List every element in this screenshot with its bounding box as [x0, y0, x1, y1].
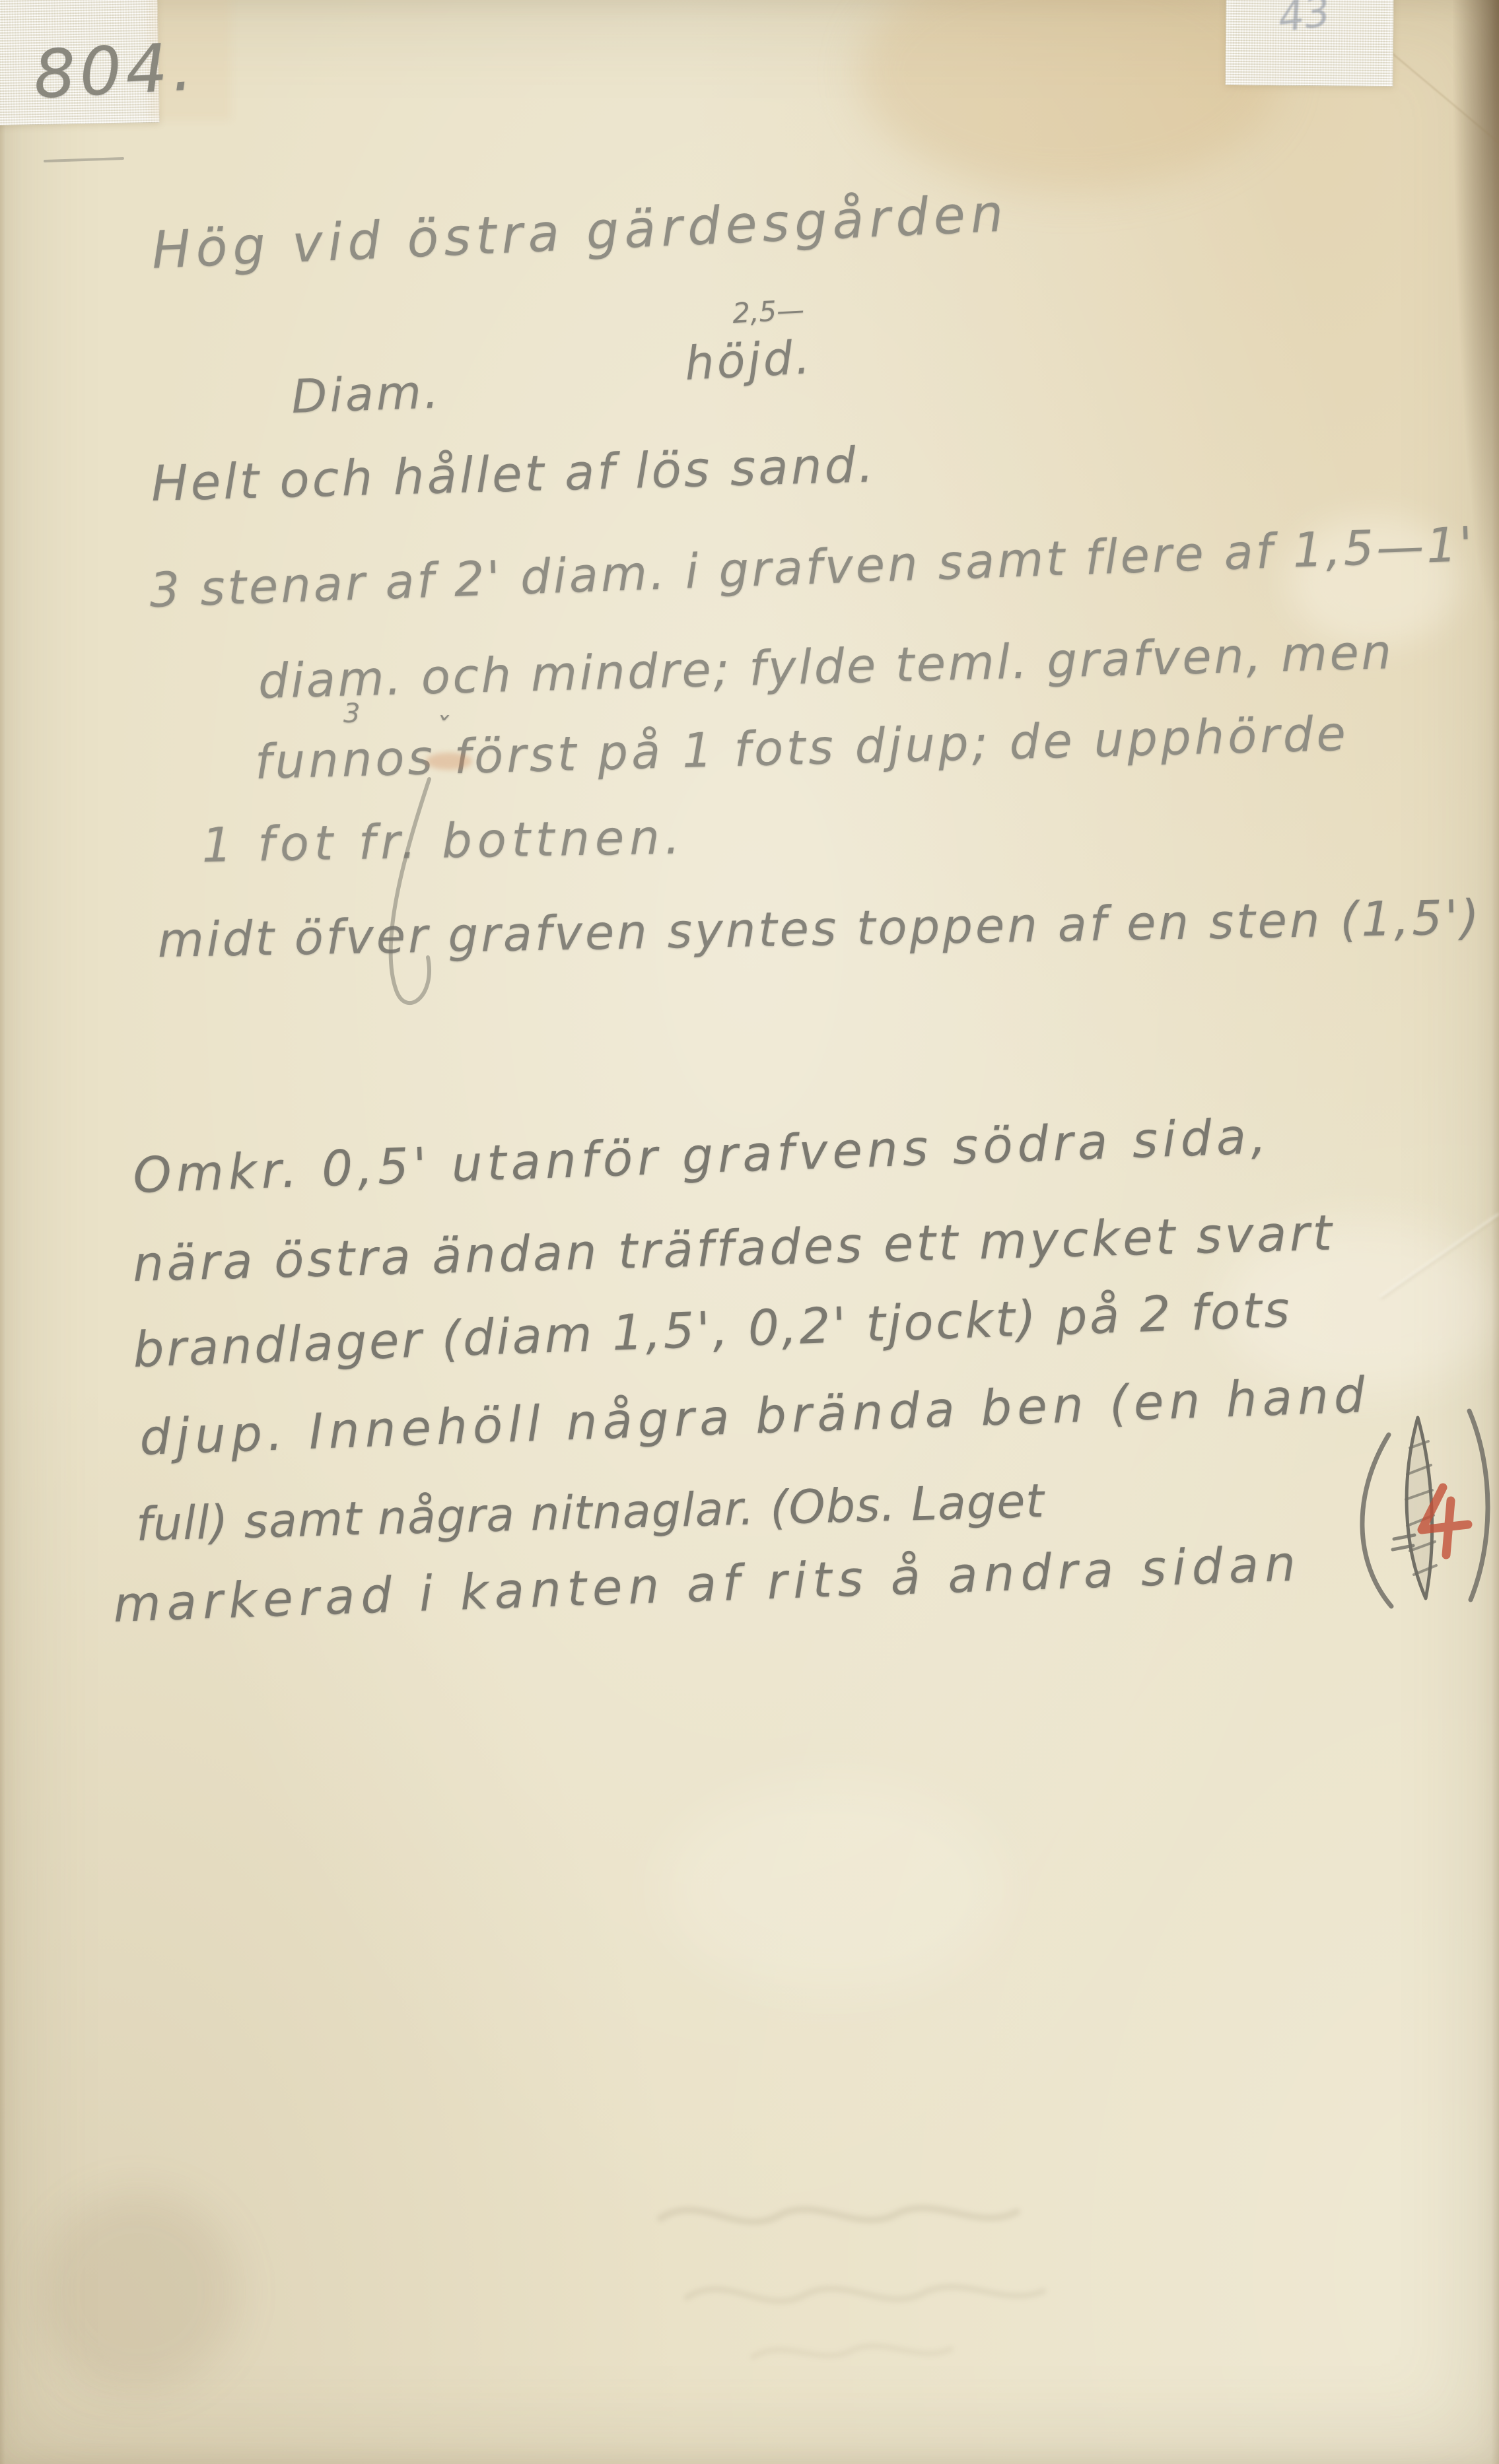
paper-edge-shadow	[1491, 0, 1499, 2464]
corner-mark: 43	[1275, 0, 1333, 42]
paper-stain	[660, 1783, 1004, 1994]
find-sketch: 4	[1311, 1396, 1499, 1614]
hojd-measure-note: 2,5—	[732, 293, 805, 329]
handwritten-line-9: brandlager (diam 1,5', 0,2' tjockt) på 2…	[132, 1282, 1293, 1379]
pencil-smudge	[426, 753, 472, 770]
cloth-patch-top-right: 43	[1225, 0, 1393, 86]
sketch-open-paren-stroke	[1362, 1435, 1391, 1606]
paper-edge-shadow	[0, 0, 5, 2464]
paper-stain	[40, 2192, 238, 2390]
handwritten-line-8: nära östra ändan träffades ett mycket sv…	[132, 1204, 1335, 1293]
handwritten-line-11: full) samt några nitnaglar. (Obs. Laget	[135, 1474, 1045, 1552]
handwritten-line-10: djup. Innehöll några brända ben (en hand	[139, 1367, 1371, 1466]
sketch-close-paren-stroke	[1469, 1411, 1488, 1600]
column-label-hojd: höjd.	[683, 330, 814, 391]
page-number-underline	[44, 157, 124, 162]
column-label-diam: Diam.	[291, 364, 442, 424]
pen-flourish	[343, 759, 489, 1037]
insert-mark-3: 3	[343, 699, 360, 729]
heading-title: Hög vid östra gärdesgården	[151, 184, 1010, 281]
paper-stain	[858, 0, 1281, 191]
insert-mark-caret: ˇ	[435, 712, 449, 745]
page-number: 804.	[32, 28, 198, 114]
handwritten-line-12: markerad i kanten af rits å andra sidan	[112, 1535, 1302, 1633]
manuscript-page: 43 804. Hög vid östra gärdesgården Diam.…	[0, 0, 1499, 2464]
handwritten-line-2: 3 stenar af 2' diam. i grafven samt fler…	[149, 516, 1476, 618]
bleedthrough-ghost	[621, 2166, 1162, 2377]
handwritten-line-1: Helt och hållet af lös sand.	[151, 436, 877, 512]
paper-crease	[1379, 1213, 1499, 1298]
handwritten-line-3: diam. och mindre; fylde teml. grafven, m…	[258, 624, 1394, 709]
handwritten-line-7: Omkr. 0,5' utanför grafvens södra sida,	[132, 1108, 1272, 1204]
